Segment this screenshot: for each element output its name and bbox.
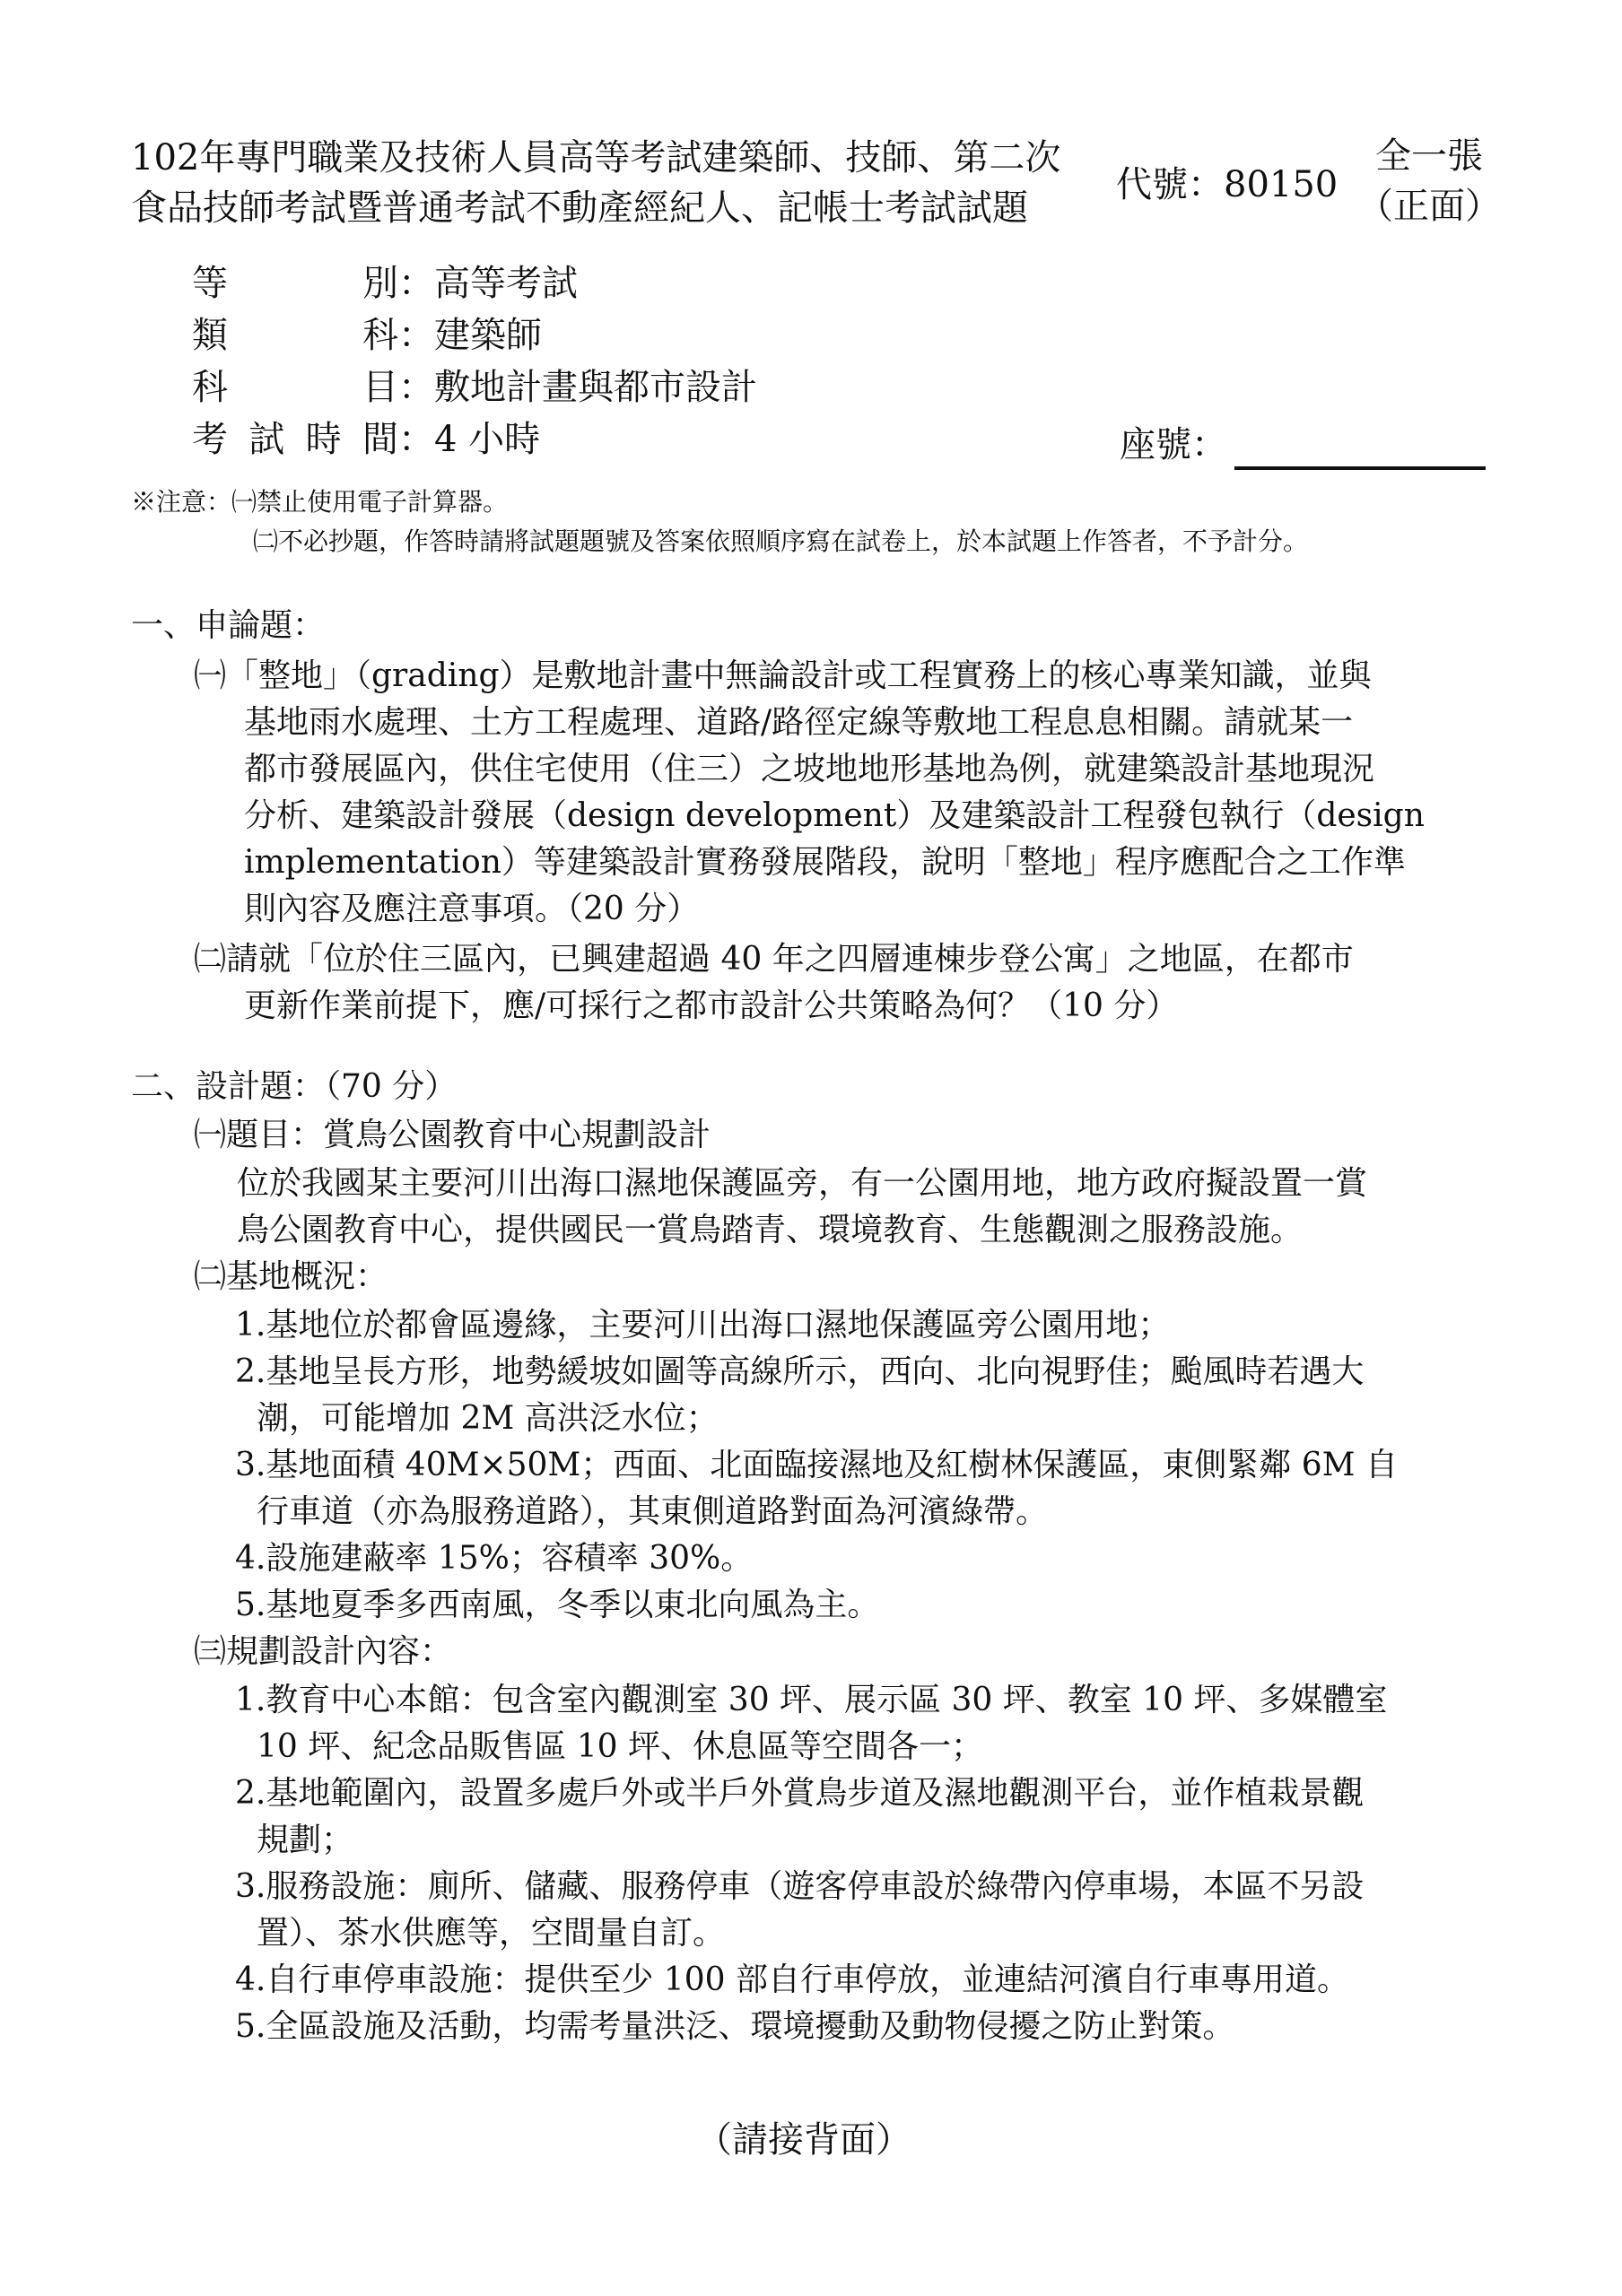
seat-number: 座號： [1120, 420, 1486, 470]
meta-colon: ： [398, 310, 434, 361]
intro-line: 位於我國某主要河川出海口濕地保護區旁，有一公園用地，地方政府擬設置一賞 [237, 1161, 1367, 1207]
note-2: ㈡不必抄題，作答時請將試題題號及答案依照順序寫在試卷上，於本試題上作答者，不予計… [253, 520, 1308, 563]
site-item-cont: 行車道（亦為服務道路），其東側道路對面為河濱綠帶。 [257, 1489, 1048, 1535]
exam-code: 代號：80150 [1116, 161, 1338, 208]
plan-item-cont: 規劃； [257, 1817, 353, 1864]
site-heading: ㈡基地概況： [194, 1254, 388, 1300]
section-2-heading: 二、設計題：（70 分） [131, 1064, 457, 1110]
plan-item: 2.基地範圍內，設置多處戶外或半戶外賞鳥步道及濕地觀測平台，並作植栽景觀 [235, 1770, 1364, 1817]
seat-label: 座號： [1120, 424, 1227, 465]
note-item: ㈠禁止使用電子計算器。 [231, 487, 508, 517]
exam-title-line-1: 102年專門職業及技術人員高等考試建築師、技師、第二次 [131, 135, 1060, 181]
intro-line: 鳥公園教育中心，提供國民一賞鳥踏青、環境教育、生態觀測之服務設施。 [237, 1207, 1303, 1254]
site-item-cont: 潮，可能增加 2M 高洪泛水位； [257, 1396, 719, 1442]
exam-code-label: 代號： [1116, 164, 1224, 205]
q2-line: ㈡請就「位於住三區內，已興建超過 40 年之四層連棟步登公寓」之地區，在都市 [194, 936, 1354, 983]
sheet-side: （正面） [1353, 183, 1505, 230]
meta-row-subject: 科目：敷地計畫與都市設計 [192, 362, 757, 413]
meta-colon: ： [398, 362, 434, 413]
plan-item: 4.自行車停車設施：提供至少 100 部自行車停放，並連結河濱自行車專用道。 [235, 1957, 1349, 2004]
q1-line: 則內容及應注意事項。（20 分） [244, 886, 699, 933]
exam-code-value: 80150 [1224, 164, 1338, 205]
plan-item: 5.全區設施及活動，均需考量洪泛、環境擾動及動物侵擾之防止對策。 [235, 2004, 1234, 2050]
site-item: 4.設施建蔽率 15%；容積率 30%。 [235, 1535, 753, 1582]
meta-value: 敷地計畫與都市設計 [434, 367, 757, 408]
note-prefix: ※注意： [131, 487, 231, 517]
sheet-count: 全一張 [1353, 133, 1505, 179]
q2-line: 更新作業前提下，應/可採行之都市設計公共策略為何？（10 分） [244, 983, 1178, 1030]
q1-line: 基地雨水處理、土方工程處理、道路/路徑定線等敷地工程息息相關。請就某一 [244, 700, 1353, 746]
continue-on-back: （請接背面） [696, 2117, 911, 2163]
meta-row-level: 等別：高等考試 [192, 258, 578, 309]
meta-label: 類科 [192, 310, 398, 361]
meta-label: 考試時間 [192, 414, 398, 465]
site-item: 5.基地夏季多西南風，冬季以東北向風為主。 [235, 1582, 879, 1629]
section-1-heading: 一、申論題： [131, 603, 325, 649]
design-topic: ㈠題目：賞鳥公園教育中心規劃設計 [194, 1112, 711, 1159]
meta-value: 建築師 [434, 315, 542, 356]
meta-colon: ： [398, 414, 434, 465]
q1-line: 都市發展區內，供住宅使用（住三）之坡地地形基地為例，就建築設計基地現況 [244, 746, 1374, 793]
meta-label: 等別 [192, 258, 398, 309]
seat-number-blank[interactable] [1234, 430, 1486, 470]
q1-line: 分析、建築設計發展（design development）及建築設計工程發包執行… [244, 793, 1425, 839]
site-item: 1.基地位於都會區邊緣，主要河川出海口濕地保護區旁公園用地； [235, 1302, 1170, 1349]
meta-value: 4 小時 [434, 419, 540, 460]
plan-heading: ㈢規劃設計內容： [194, 1629, 452, 1675]
plan-item-cont: 10 坪、紀念品販售區 10 坪、休息區等空間各一； [257, 1724, 983, 1770]
meta-colon: ： [398, 258, 434, 309]
meta-row-category: 類科：建築師 [192, 310, 542, 361]
q1-line: implementation）等建築設計實務發展階段，說明「整地」程序應配合之工… [244, 839, 1406, 886]
plan-item-cont: 置）、茶水供應等，空間量自訂。 [257, 1910, 725, 1957]
plan-item: 1.教育中心本館：包含室內觀測室 30 坪、展示區 30 坪、教室 10 坪、多… [235, 1677, 1387, 1724]
meta-row-duration: 考試時間：4 小時 [192, 414, 540, 465]
note-1: ※注意：㈠禁止使用電子計算器。 [131, 481, 508, 524]
exam-title-line-2: 食品技師考試暨普通考試不動產經紀人、記帳士考試試題 [131, 185, 1028, 231]
site-item: 3.基地面積 40M×50M；西面、北面臨接濕地及紅樹林保護區，東側緊鄰 6M … [235, 1442, 1398, 1489]
site-item: 2.基地呈長方形，地勢緩坡如圖等高線所示，西向、北向視野佳；颱風時若遇大 [235, 1349, 1364, 1396]
plan-item: 3.服務設施：廁所、儲藏、服務停車（遊客停車設於綠帶內停車場，本區不另設 [235, 1864, 1364, 1910]
q1-line: ㈠「整地」（grading）是敷地計畫中無論設計或工程實務上的核心專業知識，並與 [194, 653, 1372, 700]
meta-label: 科目 [192, 362, 398, 413]
meta-value: 高等考試 [434, 263, 578, 304]
